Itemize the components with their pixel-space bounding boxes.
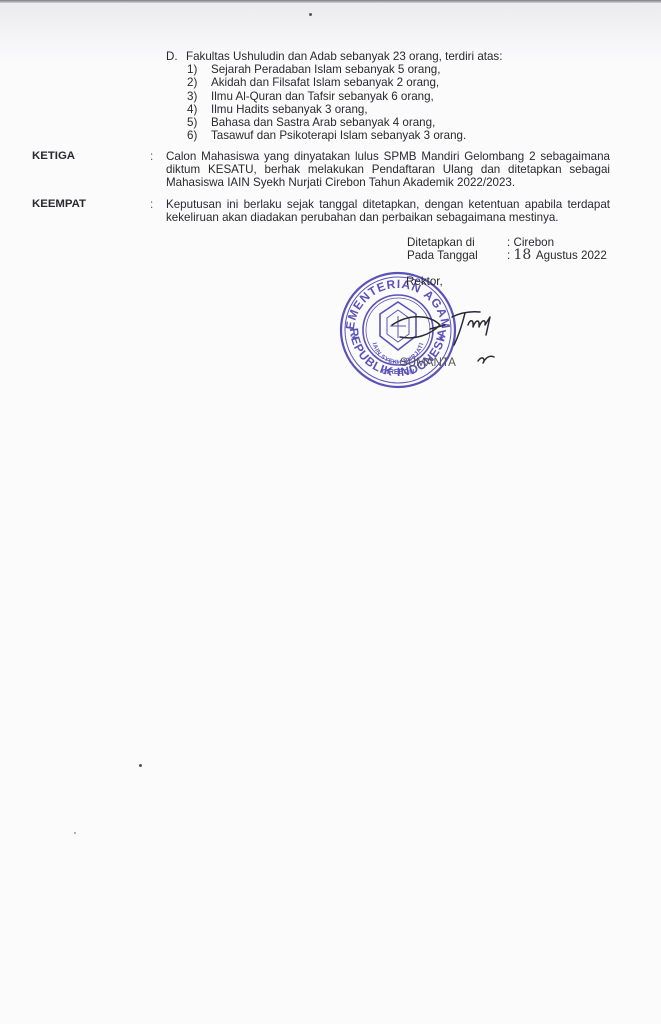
stipulation-date: Pada Tanggal : 18 Agustus 2022 bbox=[407, 249, 607, 262]
section-d-title: Fakultas Ushuludin dan Adab sebanyak 23 … bbox=[186, 50, 502, 63]
article-ketiga: KETIGA : Calon Mahasiswa yang dinyatakan… bbox=[32, 150, 610, 190]
date-label: Pada Tanggal bbox=[407, 249, 507, 262]
article-colon: : bbox=[150, 150, 166, 190]
list-number: 4) bbox=[187, 103, 211, 116]
article-body: Keputusan ini berlaku sejak tanggal dite… bbox=[166, 198, 610, 224]
article-label: KEEMPAT bbox=[32, 198, 150, 224]
list-item: 3) Ilmu Al-Quran dan Tafsir sebanyak 6 o… bbox=[187, 90, 502, 103]
scan-speck bbox=[74, 832, 76, 834]
list-number: 1) bbox=[187, 63, 211, 76]
program-list: 1) Sejarah Peradaban Islam sebanyak 5 or… bbox=[187, 63, 502, 142]
stipulation-block: Ditetapkan di : Cirebon Pada Tanggal : 1… bbox=[407, 236, 607, 262]
list-item: 5) Bahasa dan Sastra Arab sebanyak 4 ora… bbox=[187, 116, 502, 129]
scan-speck bbox=[309, 13, 312, 16]
list-number: 5) bbox=[187, 116, 211, 129]
list-number: 2) bbox=[187, 76, 211, 89]
list-number: 6) bbox=[187, 129, 211, 142]
list-item: 6) Tasawuf dan Psikoterapi Islam sebanya… bbox=[187, 129, 502, 142]
svg-text:★: ★ bbox=[351, 334, 358, 342]
list-item: 1) Sejarah Peradaban Islam sebanyak 5 or… bbox=[187, 63, 502, 76]
scan-speck bbox=[139, 764, 142, 767]
stipulation-place: Ditetapkan di : Cirebon bbox=[407, 236, 607, 249]
list-item: 4) Ilmu Hadits sebanyak 3 orang, bbox=[187, 103, 502, 116]
handwritten-day: 18 bbox=[513, 247, 531, 263]
section-d-letter: D. bbox=[166, 50, 186, 63]
list-text: Ilmu Al-Quran dan Tafsir sebanyak 6 oran… bbox=[211, 90, 434, 103]
list-text: Tasawuf dan Psikoterapi Islam sebanyak 3… bbox=[211, 129, 466, 142]
section-d-heading: D. Fakultas Ushuludin dan Adab sebanyak … bbox=[166, 50, 502, 63]
signer-name: SUMANTA bbox=[400, 356, 456, 369]
list-text: Sejarah Peradaban Islam sebanyak 5 orang… bbox=[211, 63, 440, 76]
list-item: 2) Akidah dan Filsafat Islam sebanyak 2 … bbox=[187, 76, 502, 89]
date-prefix: : bbox=[507, 249, 510, 262]
list-text: Bahasa dan Sastra Arab sebanyak 4 orang, bbox=[211, 116, 435, 129]
article-body: Calon Mahasiswa yang dinyatakan lulus SP… bbox=[166, 150, 610, 190]
article-colon: : bbox=[150, 198, 166, 224]
place-label: Ditetapkan di bbox=[407, 236, 507, 249]
list-number: 3) bbox=[187, 90, 211, 103]
article-keempat: KEEMPAT : Keputusan ini berlaku sejak ta… bbox=[32, 198, 610, 224]
article-label: KETIGA bbox=[32, 150, 150, 190]
list-text: Ilmu Hadits sebanyak 3 orang, bbox=[211, 103, 368, 116]
signer-title: Rektor, bbox=[406, 275, 443, 288]
date-value: : 18 Agustus 2022 bbox=[507, 249, 607, 262]
date-month-year: Agustus 2022 bbox=[536, 249, 607, 262]
list-text: Akidah dan Filsafat Islam sebanyak 2 ora… bbox=[211, 76, 439, 89]
section-d: D. Fakultas Ushuludin dan Adab sebanyak … bbox=[166, 50, 502, 142]
